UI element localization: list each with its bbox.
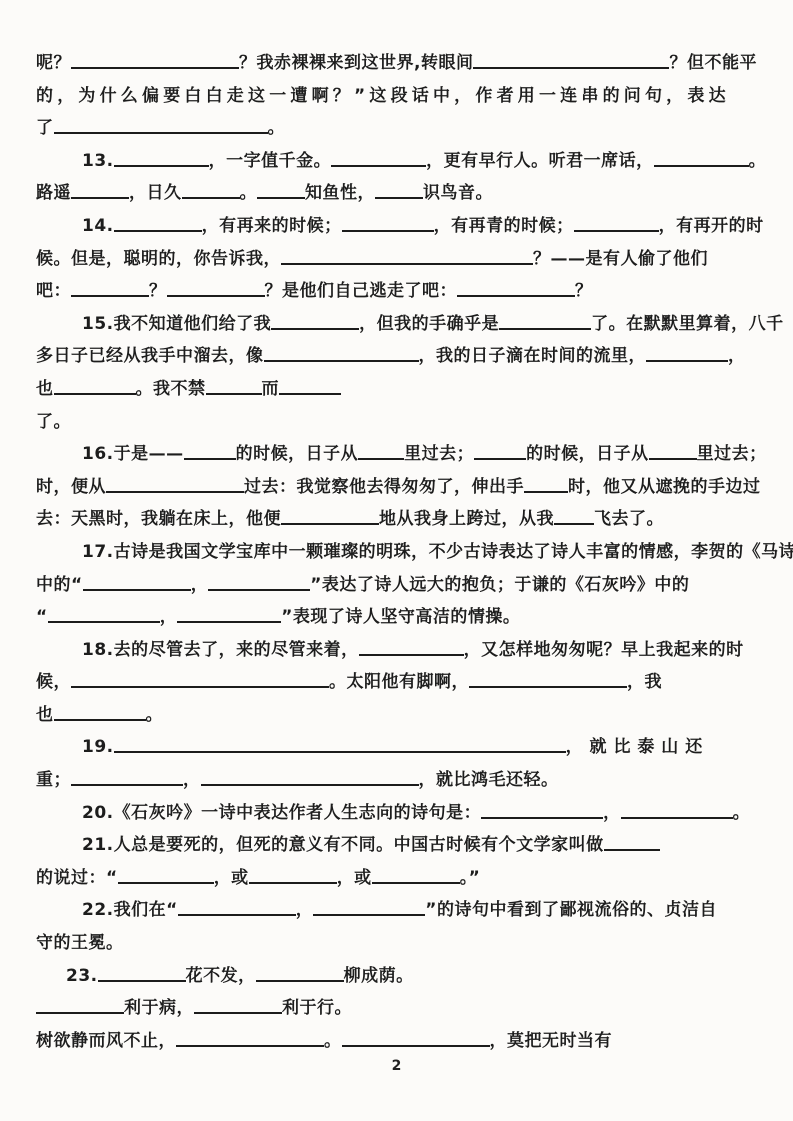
text-run: ”表现了诗人坚守高洁的情操。 [281, 607, 520, 627]
text-line: 利于病，利于行。 [36, 992, 765, 1025]
fill-in-blank [71, 193, 129, 199]
fill-in-blank [359, 650, 464, 656]
text-run: 地从我身上跨过，从我 [379, 509, 554, 529]
text-run: 飞去了。 [594, 509, 664, 529]
text-run: 利于行。 [282, 998, 352, 1018]
text-run: 重； [36, 770, 71, 790]
text-run: 的，为什么偏要白白走这一遭啊？”这段话中，作者用一连串的问句，表达 [36, 86, 730, 106]
text-run: 花不发， [186, 966, 256, 986]
text-run: 时，他又从遮挽的手边过 [568, 477, 761, 497]
text-run: ？——是有人偷了他们 [533, 249, 708, 269]
text-run: ，但我的手确乎是 [359, 314, 499, 334]
text-run: 柳成荫。 [344, 966, 414, 986]
text-run: 候， [36, 672, 71, 692]
fill-in-blank [554, 519, 594, 525]
text-line: 20.《石灰吟》一诗中表达作者人生志向的诗句是：，。 [36, 797, 765, 830]
fill-in-blank [208, 585, 310, 591]
text-run: 也 [36, 379, 54, 399]
fill-in-blank [182, 193, 240, 199]
text-line: 中的“，”表达了诗人远大的抱负；于谦的《石灰吟》中的 [36, 569, 765, 602]
fill-in-blank [271, 324, 359, 330]
text-line: 去：天黑时，我躺在床上，他便地从我身上跨过，从我飞去了。 [36, 503, 765, 536]
text-line: 树欲静而风不止，。，莫把无时当有 [36, 1025, 765, 1058]
fill-in-blank [184, 454, 236, 460]
text-run: ，有再开的时 [659, 216, 764, 236]
page-number: 2 [0, 1058, 793, 1074]
text-line: 23.花不发，柳成荫。 [36, 960, 765, 993]
fill-in-blank [71, 682, 329, 688]
fill-in-blank [342, 226, 434, 232]
text-run: 去：天黑时，我躺在床上，他便 [36, 509, 281, 529]
text-run: 多日子已经从我手中溜去，像 [36, 346, 264, 366]
text-line: 22.我们在“，”的诗句中看到了鄙视流俗的、贞洁自 [36, 894, 765, 927]
text-run: ， [191, 575, 209, 595]
text-line: 多日子已经从我手中溜去，像，我的日子滴在时间的流里，， [36, 340, 765, 373]
text-run: 。 [324, 1031, 342, 1051]
text-run: 吧： [36, 281, 71, 301]
text-run: ，更有早行人。听君一席话， [426, 151, 654, 171]
fill-in-blank [481, 813, 603, 819]
text-run: 守的王冕。 [36, 933, 124, 953]
text-line: 17.古诗是我国文学宝库中一颗璀璨的明珠，不少古诗表达了诗人丰富的情感，李贺的《… [36, 536, 765, 569]
text-run: 过去：我觉察他去得匆匆了，伸出手 [244, 477, 524, 497]
fill-in-blank [71, 291, 149, 297]
text-run: ， [603, 803, 621, 823]
text-run: 了。在默默里算着，八千 [591, 314, 784, 334]
text-run: 。 [240, 183, 258, 203]
text-run: 识鸟音。 [423, 183, 493, 203]
text-run: 19. [82, 737, 114, 757]
text-run: ，又怎样地匆匆呢？早上我起来的时 [464, 640, 744, 660]
text-line: 重；，，就比鸿毛还轻。 [36, 764, 765, 797]
fill-in-blank [194, 1008, 282, 1014]
text-run: ， [183, 770, 201, 790]
text-run: ， [160, 607, 178, 627]
fill-in-blank [106, 487, 244, 493]
text-run: 也 [36, 705, 54, 725]
text-run: 了。 [36, 412, 71, 432]
fill-in-blank [71, 780, 183, 786]
text-run: ，有再青的时候； [434, 216, 574, 236]
fill-in-blank [375, 193, 423, 199]
text-run: 里过去； [697, 444, 767, 464]
text-run: 。 [146, 705, 164, 725]
fill-in-blank [114, 226, 202, 232]
text-run: ， 就 比 泰 山 还 [566, 737, 703, 757]
text-run: ”表达了诗人远大的抱负；于谦的《石灰吟》中的 [310, 575, 689, 595]
text-run: 。太阳他有脚啊， [329, 672, 469, 692]
fill-in-blank [54, 389, 136, 395]
fill-in-blank [524, 487, 568, 493]
text-run: ，我的日子滴在时间的流里， [419, 346, 647, 366]
fill-in-blank [331, 161, 426, 167]
text-line: 21.人总是要死的，但死的意义有不同。中国古时候有个文学家叫做 [36, 829, 765, 862]
text-run: 利于病， [124, 998, 194, 1018]
fill-in-blank [654, 161, 749, 167]
text-run: ？是他们自己逃走了吧： [265, 281, 458, 301]
text-line: “，”表现了诗人坚守高洁的情操。 [36, 601, 765, 634]
fill-in-blank [457, 291, 575, 297]
text-run: 。我不禁 [136, 379, 206, 399]
fill-in-blank [83, 585, 191, 591]
text-run: 了 [36, 118, 54, 138]
fill-in-blank [71, 63, 239, 69]
fill-in-blank [604, 845, 660, 851]
text-run: ，我 [627, 672, 662, 692]
text-run: ，有再来的时候； [202, 216, 342, 236]
fill-in-blank [646, 356, 728, 362]
fill-in-blank [257, 193, 305, 199]
fill-in-blank [474, 454, 526, 460]
text-run: ，就比鸿毛还轻。 [419, 770, 559, 790]
text-line: 时，便从过去：我觉察他去得匆匆了，伸出手时，他又从遮挽的手边过 [36, 471, 765, 504]
fill-in-blank [342, 1041, 490, 1047]
text-line: 吧：？？是他们自己逃走了吧：？ [36, 275, 765, 308]
text-run: ，或 [214, 868, 249, 888]
fill-in-blank [499, 324, 591, 330]
fill-in-blank [206, 389, 262, 395]
fill-in-blank [264, 356, 419, 362]
text-run: 20.《石灰吟》一诗中表达作者人生志向的诗句是： [82, 803, 481, 823]
text-run: 的说过：“ [36, 868, 118, 888]
text-run: ，日久 [129, 183, 182, 203]
fill-in-blank [177, 617, 281, 623]
text-line: 路遥，日久。知鱼性，识鸟音。 [36, 177, 765, 210]
text-line: 15.我不知道他们给了我，但我的手确乎是了。在默默里算着，八千 [36, 308, 765, 341]
text-run: ，一字值千金。 [209, 151, 332, 171]
text-line: 16.于是——的时候，日子从里过去；的时候，日子从里过去； [36, 438, 765, 471]
text-run: 21.人总是要死的，但死的意义有不同。中国古时候有个文学家叫做 [82, 835, 604, 855]
fill-in-blank [358, 454, 404, 460]
text-run: 。 [268, 118, 286, 138]
fill-in-blank [313, 910, 425, 916]
fill-in-blank [279, 389, 341, 395]
text-run: ，莫把无时当有 [490, 1031, 613, 1051]
text-line: 也。 [36, 699, 765, 732]
text-run: 13. [82, 151, 114, 171]
text-run: 16.于是—— [82, 444, 184, 464]
text-run: ？但不能平 [669, 53, 757, 73]
text-line: 的，为什么偏要白白走这一遭啊？”这段话中，作者用一连串的问句，表达 [36, 80, 765, 113]
text-run: ？ [575, 281, 593, 301]
text-run: 14. [82, 216, 114, 236]
fill-in-blank [372, 878, 460, 884]
text-run: 而 [262, 379, 280, 399]
text-line: 了。 [36, 112, 765, 145]
fill-in-blank [178, 910, 296, 916]
text-line: 了。 [36, 406, 765, 439]
text-run: 23. [66, 966, 98, 986]
text-run: 候。但是，聪明的，你告诉我， [36, 249, 281, 269]
fill-in-blank [249, 878, 337, 884]
fill-in-blank [256, 976, 344, 982]
text-line: 候。但是，聪明的，你告诉我，？——是有人偷了他们 [36, 243, 765, 276]
fill-in-blank [98, 976, 186, 982]
text-run: ？我赤裸裸来到这世界,转眼间 [239, 53, 473, 73]
fill-in-blank [54, 128, 268, 134]
fill-in-blank [114, 161, 209, 167]
text-run: 的时候，日子从 [526, 444, 649, 464]
fill-in-blank [176, 1041, 324, 1047]
text-line: 14.，有再来的时候；，有再青的时候；，有再开的时 [36, 210, 765, 243]
text-run: ？ [149, 281, 167, 301]
text-line: 19.， 就 比 泰 山 还 [36, 731, 765, 764]
text-run: 中的“ [36, 575, 83, 595]
fill-in-blank [36, 1008, 124, 1014]
fill-in-blank [621, 813, 733, 819]
fill-in-blank [469, 682, 627, 688]
text-run: “ [36, 607, 48, 627]
text-run: 。 [733, 803, 751, 823]
text-run: 树欲静而风不止， [36, 1031, 176, 1051]
fill-in-blank [167, 291, 265, 297]
text-run: 的时候，日子从 [236, 444, 359, 464]
text-run: 时，便从 [36, 477, 106, 497]
fill-in-blank [473, 63, 669, 69]
text-line: 也。我不禁而 [36, 373, 765, 406]
worksheet-page: 呢？？我赤裸裸来到这世界,转眼间？但不能平的，为什么偏要白白走这一遭啊？”这段话… [0, 0, 793, 1121]
fill-in-blank [54, 715, 146, 721]
fill-in-blank [281, 259, 533, 265]
text-line: 的说过：“，或，或。” [36, 862, 765, 895]
fill-in-blank [114, 747, 566, 753]
fill-in-blank [48, 617, 160, 623]
text-run: 15.我不知道他们给了我 [82, 314, 271, 334]
text-line: 18.去的尽管去了，来的尽管来着，，又怎样地匆匆呢？早上我起来的时 [36, 634, 765, 667]
text-run: 17.古诗是我国文学宝库中一颗璀璨的明珠，不少古诗表达了诗人丰富的情感，李贺的《… [82, 542, 793, 562]
text-run: 知鱼性， [305, 183, 375, 203]
text-line: 守的王冕。 [36, 927, 765, 960]
document-lines: 呢？？我赤裸裸来到这世界,转眼间？但不能平的，为什么偏要白白走这一遭啊？”这段话… [36, 47, 765, 1057]
fill-in-blank [574, 226, 659, 232]
text-line: 13.，一字值千金。，更有早行人。听君一席话，。 [36, 145, 765, 178]
text-run: 里过去； [404, 444, 474, 464]
fill-in-blank [118, 878, 214, 884]
text-run: ， [728, 346, 746, 366]
text-run: 22.我们在“ [82, 900, 178, 920]
text-line: 候，。太阳他有脚啊，，我 [36, 666, 765, 699]
text-run: ”的诗句中看到了鄙视流俗的、贞洁自 [425, 900, 717, 920]
fill-in-blank [201, 780, 419, 786]
text-run: 呢？ [36, 53, 71, 73]
text-run: 。” [460, 868, 481, 888]
text-run: 。 [749, 151, 767, 171]
text-run: ， [296, 900, 314, 920]
fill-in-blank [649, 454, 697, 460]
fill-in-blank [281, 519, 379, 525]
text-run: 路遥 [36, 183, 71, 203]
text-run: 18.去的尽管去了，来的尽管来着， [82, 640, 359, 660]
text-run: ，或 [337, 868, 372, 888]
text-line: 呢？？我赤裸裸来到这世界,转眼间？但不能平 [36, 47, 765, 80]
